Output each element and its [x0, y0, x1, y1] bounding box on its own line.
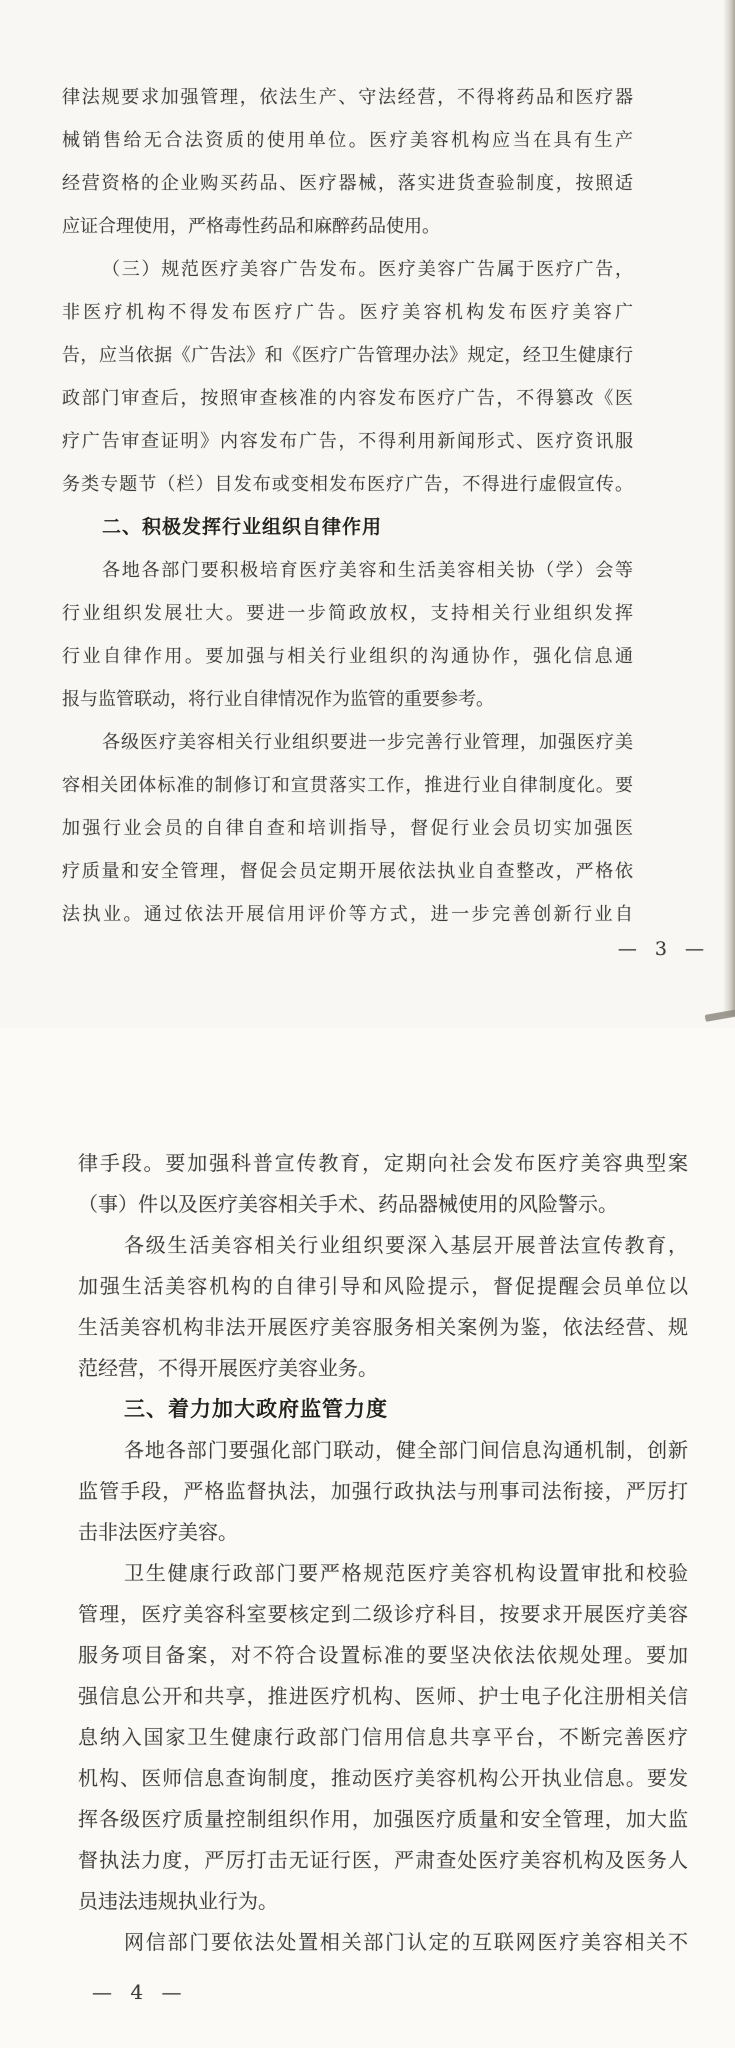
page-number: — 3 —: [618, 938, 710, 960]
text-line: 务类专题节（栏）目发布或变相发布医疗广告，不得进行虚假宣传。: [62, 463, 633, 506]
document-page-4: 律手段。要加强科普宣传教育，定期向社会发布医疗美容典型案（事）件以及医疗美容相关…: [0, 1028, 735, 2048]
text-line: 范经营，不得开展医疗美容业务。: [78, 1348, 688, 1389]
text-line: 网信部门要依法处置相关部门认定的互联网医疗美容相关不: [78, 1922, 688, 1963]
text-line: 各地各部门要积极培育医疗美容和生活美容相关协（学）会等: [62, 549, 633, 592]
text-line: 应证合理使用，严格毒性药品和麻醉药品使用。: [62, 205, 633, 248]
text-line: 行业自律作用。要加强与相关行业组织的沟通协作，强化信息通: [62, 635, 633, 678]
text-line: 疗质量和安全管理，督促会员定期开展依法执业自查整改，严格依: [62, 850, 633, 893]
section-heading: 三、着力加大政府监管力度: [78, 1389, 688, 1430]
section-heading: 二、积极发挥行业组织自律作用: [62, 506, 633, 549]
text-line: 击非法医疗美容。: [78, 1512, 688, 1553]
text-line: 员违法违规执业行为。: [78, 1881, 688, 1922]
text-line: 机构、医师信息查询制度，推动医疗美容机构公开执业信息。要发: [78, 1758, 688, 1799]
text-line: 各级医疗美容相关行业组织要进一步完善行业管理，加强医疗美: [62, 721, 633, 764]
text-line: 疗广告审查证明》内容发布广告，不得利用新闻形式、医疗资讯服: [62, 420, 633, 463]
text-line: 律手段。要加强科普宣传教育，定期向社会发布医疗美容典型案: [78, 1143, 688, 1184]
text-line: 服务项目备案，对不符合设置标准的要坚决依法依规处理。要加: [78, 1635, 688, 1676]
text-line: 非医疗机构不得发布医疗广告。医疗美容机构发布医疗美容广: [62, 291, 633, 334]
text-line: 法执业。通过依法开展信用评价等方式，进一步完善创新行业自: [62, 893, 633, 936]
text-line: 告，应当依据《广告法》和《医疗广告管理办法》规定，经卫生健康行: [62, 334, 633, 377]
text-line: 报与监管联动，将行业自律情况作为监管的重要参考。: [62, 678, 633, 721]
text-line: 息纳入国家卫生健康行政部门信用信息共享平台，不断完善医疗: [78, 1717, 688, 1758]
text-line: 经营资格的企业购买药品、医疗器械，落实进货查验制度，按照适: [62, 162, 633, 205]
text-line: 强信息公开和共享，推进医疗机构、医师、护士电子化注册相关信: [78, 1676, 688, 1717]
text-line: 加强行业会员的自律自查和培训指导，督促行业会员切实加强医: [62, 807, 633, 850]
text-line: 政部门审查后，按照审查核准的内容发布医疗广告，不得篡改《医: [62, 377, 633, 420]
text-line: 卫生健康行政部门要严格规范医疗美容机构设置审批和校验: [78, 1553, 688, 1594]
text-block: 律手段。要加强科普宣传教育，定期向社会发布医疗美容典型案（事）件以及医疗美容相关…: [78, 1143, 688, 1963]
text-block: 律法规要求加强管理，依法生产、守法经营，不得将药品和医疗器械销售给无合法资质的使…: [62, 76, 633, 936]
text-line: 行业组织发展壮大。要进一步简政放权，支持相关行业组织发挥: [62, 592, 633, 635]
page-edge-shadow: [723, 0, 735, 1016]
page-corner-shadow: [705, 1009, 735, 1022]
document-page-3: 律法规要求加强管理，依法生产、守法经营，不得将药品和医疗器械销售给无合法资质的使…: [0, 0, 735, 1028]
text-line: （三）规范医疗美容广告发布。医疗美容广告属于医疗广告，: [62, 248, 633, 291]
text-line: 各级生活美容相关行业组织要深入基层开展普法宣传教育，: [78, 1225, 688, 1266]
text-line: 挥各级医疗质量控制组织作用，加强医疗质量和安全管理，加大监: [78, 1799, 688, 1840]
scanned-document: 律法规要求加强管理，依法生产、守法经营，不得将药品和医疗器械销售给无合法资质的使…: [0, 0, 735, 2048]
page-number: — 4 —: [92, 1980, 187, 2004]
text-line: 生活美容机构非法开展医疗美容服务相关案例为鉴，依法经营、规: [78, 1307, 688, 1348]
text-line: 容相关团体标准的制修订和宣贯落实工作，推进行业自律制度化。要: [62, 764, 633, 807]
text-line: （事）件以及医疗美容相关手术、药品器械使用的风险警示。: [78, 1184, 688, 1225]
text-line: 加强生活美容机构的自律引导和风险提示，督促提醒会员单位以: [78, 1266, 688, 1307]
text-line: 督执法力度，严厉打击无证行医，严肃查处医疗美容机构及医务人: [78, 1840, 688, 1881]
text-line: 管理，医疗美容科室要核定到二级诊疗科目，按要求开展医疗美容: [78, 1594, 688, 1635]
text-line: 监管手段，严格监督执法，加强行政执法与刑事司法衔接，严厉打: [78, 1471, 688, 1512]
text-line: 械销售给无合法资质的使用单位。医疗美容机构应当在具有生产: [62, 119, 633, 162]
text-line: 各地各部门要强化部门联动，健全部门间信息沟通机制，创新: [78, 1430, 688, 1471]
text-line: 律法规要求加强管理，依法生产、守法经营，不得将药品和医疗器: [62, 76, 633, 119]
